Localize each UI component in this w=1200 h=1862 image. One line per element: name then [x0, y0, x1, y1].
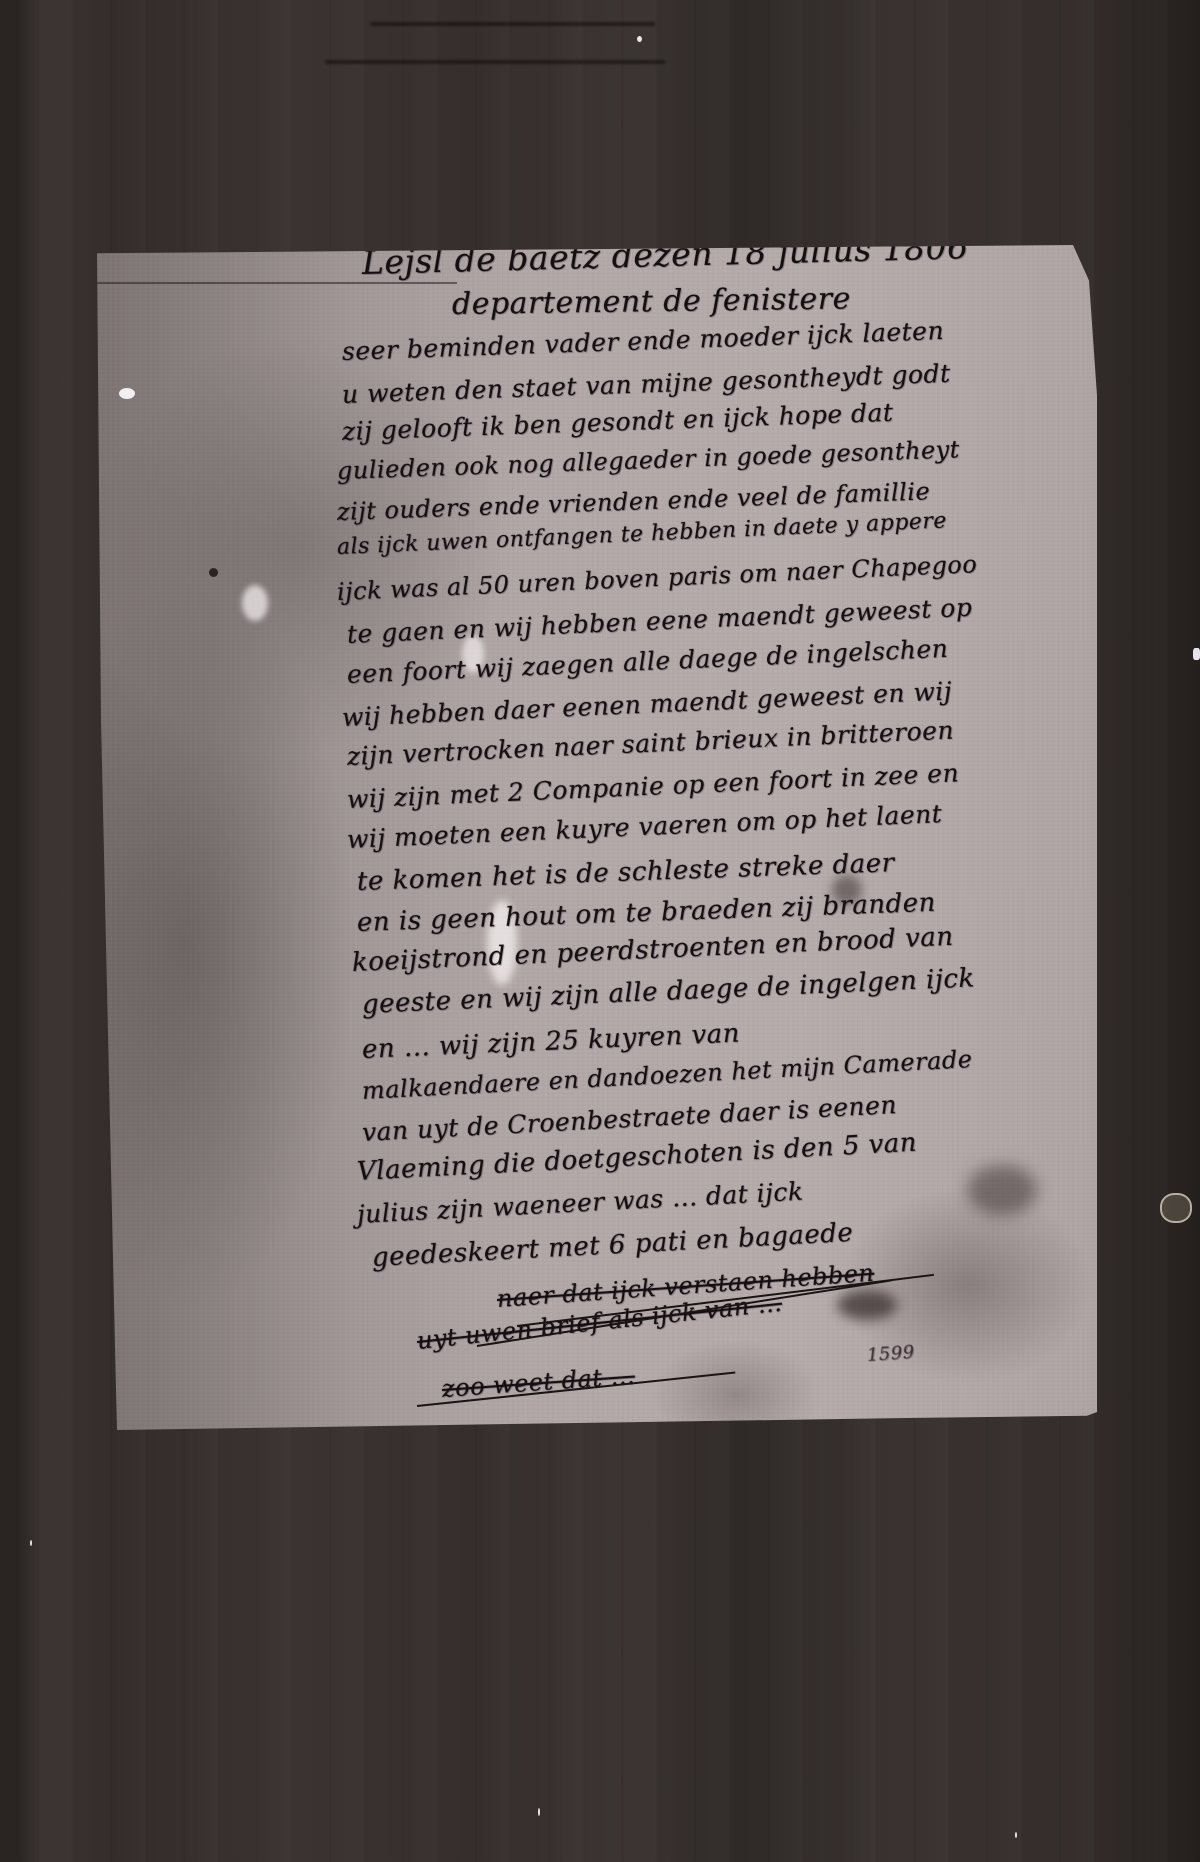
light-patch	[242, 585, 268, 621]
white-spot	[119, 388, 135, 399]
dust-speck	[637, 36, 642, 42]
letter-department: departement de fenistere	[452, 281, 851, 322]
marginal-note: 1599	[866, 1342, 915, 1366]
ink-dot	[209, 568, 218, 577]
background-stain	[1160, 1193, 1192, 1223]
dust-speck	[1193, 648, 1200, 660]
background-line-1	[370, 22, 655, 26]
letter-paper: Lejsl de baetz dezen 18 julius 1806 depa…	[97, 245, 1097, 1430]
dark-smudge	[837, 1290, 897, 1320]
dust-speck	[1015, 1832, 1017, 1838]
dust-speck	[30, 1540, 32, 1546]
dark-smudge	[967, 1165, 1037, 1215]
background-line-2	[325, 60, 665, 64]
paper-crease	[97, 282, 457, 284]
dust-speck	[538, 1808, 540, 1816]
